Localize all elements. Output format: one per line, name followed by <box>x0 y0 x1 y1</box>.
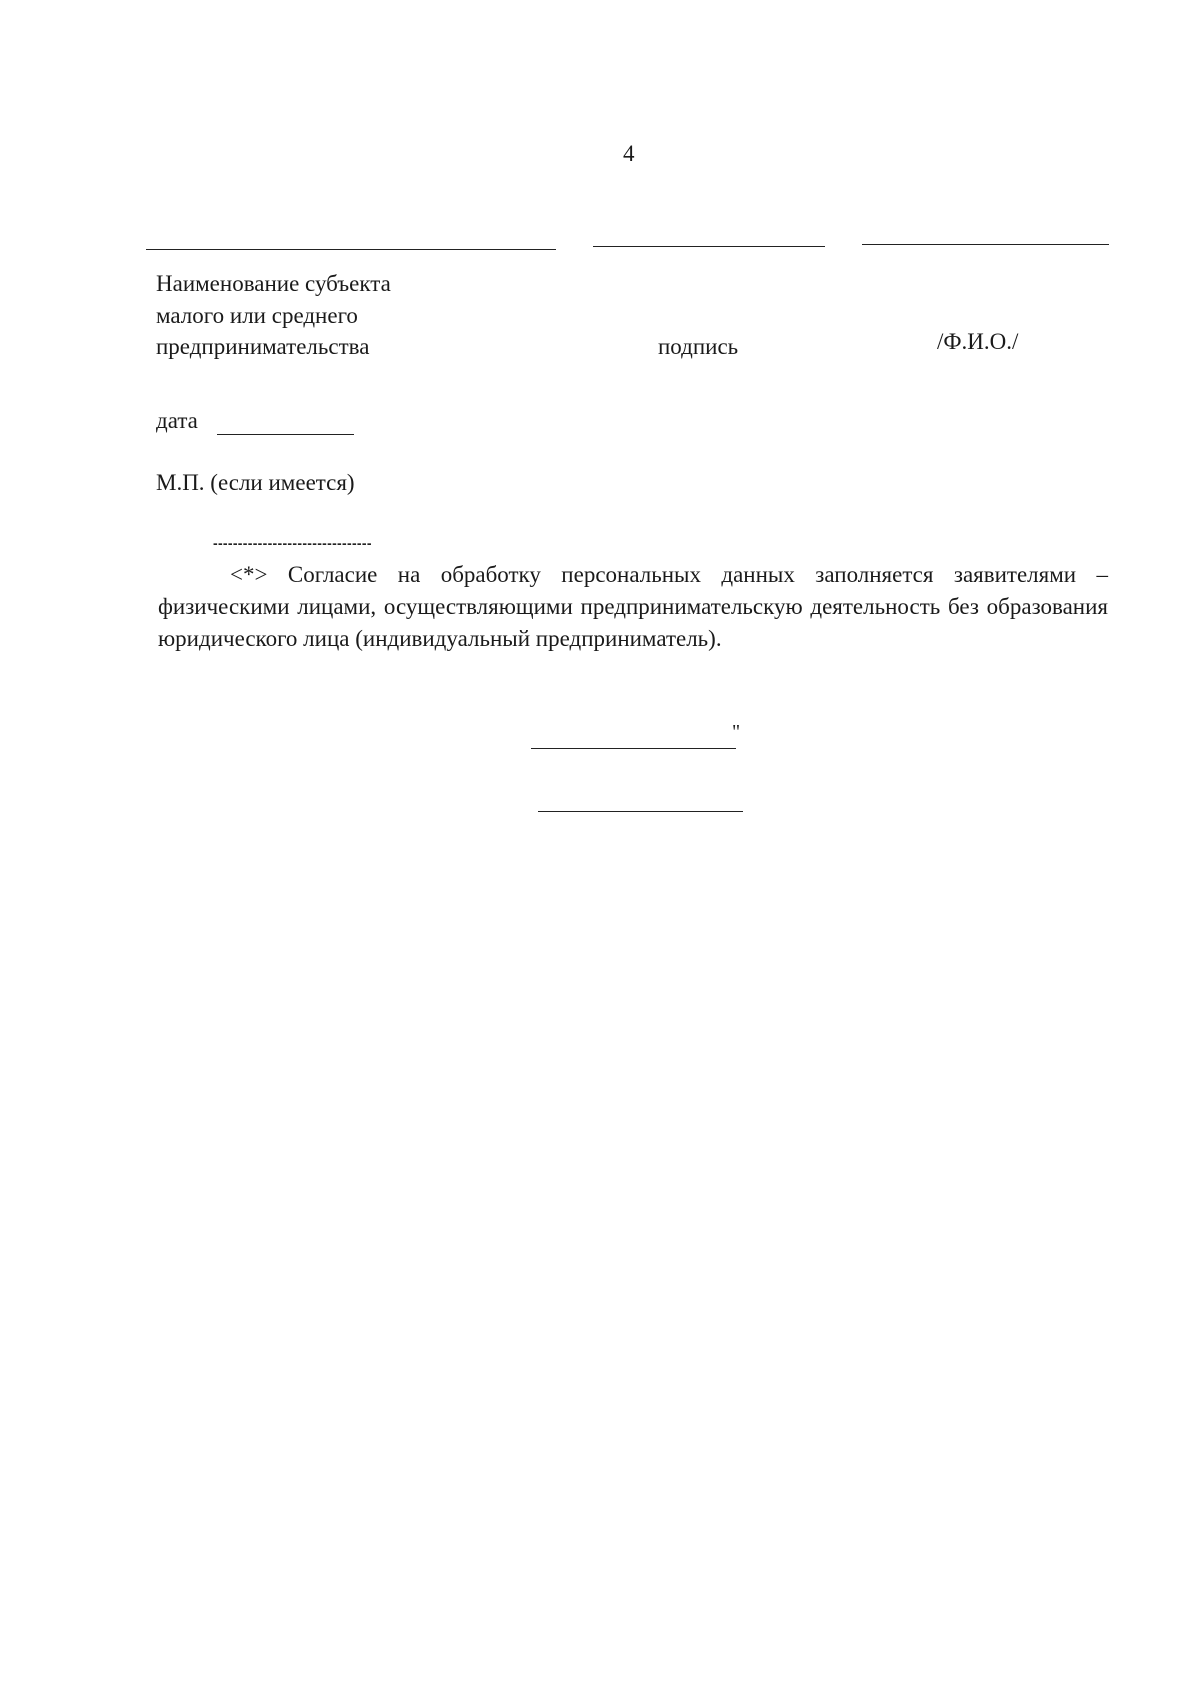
page-number: 4 <box>623 138 635 170</box>
footnote-separator: -------------------------------- <box>213 535 372 551</box>
date-row: дата <box>156 405 198 437</box>
seal-label: М.П. (если имеется) <box>156 467 355 499</box>
entity-label-line-1: Наименование субъекта <box>156 268 391 300</box>
entity-label-line-3: предпринимательства <box>156 331 369 363</box>
signature-label: подпись <box>658 331 738 363</box>
closing-line-2 <box>538 811 743 812</box>
signature-line <box>593 246 825 247</box>
fio-line <box>862 244 1109 245</box>
footnote-body: <*> Согласие на обработку персональных д… <box>158 562 1108 651</box>
entity-label-line-2: малого или среднего <box>156 300 358 332</box>
date-label: дата <box>156 408 198 433</box>
entity-name-line <box>146 249 556 250</box>
footnote-text: <*> Согласие на обработку персональных д… <box>158 559 1108 655</box>
fio-label: /Ф.И.О./ <box>937 326 1018 358</box>
date-input-line[interactable] <box>217 434 354 435</box>
closing-quote-mark: " <box>732 721 740 744</box>
closing-line-1 <box>531 748 736 749</box>
